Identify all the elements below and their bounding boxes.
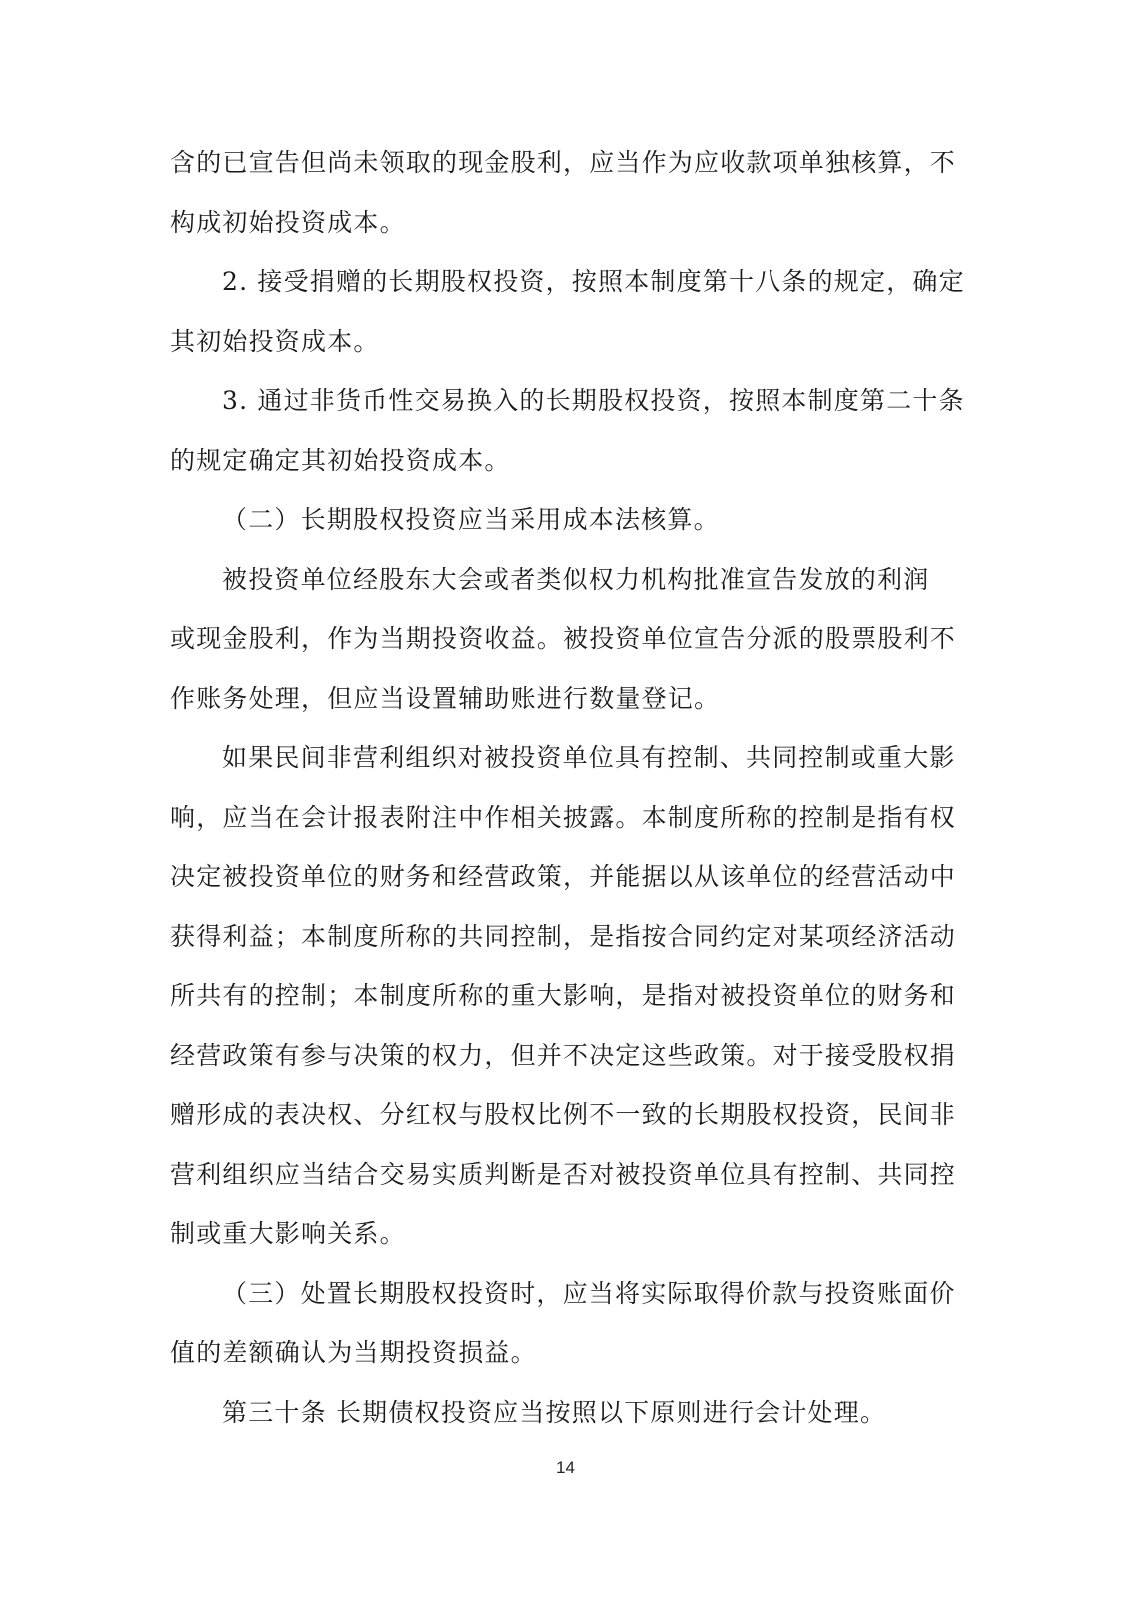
text-line: 被投资单位经股东大会或者类似权力机构批准宣告发放的利润 <box>170 550 960 610</box>
text-line: 制或重大影响关系。 <box>170 1204 960 1264</box>
article-heading: 第三十条 长期债权投资应当按照以下原则进行会计处理。 <box>170 1383 960 1443</box>
paragraph-article-30: 第三十条 长期债权投资应当按照以下原则进行会计处理。 <box>170 1383 960 1443</box>
text-line: 3. 通过非货币性交易换入的长期股权投资，按照本制度第二十条 <box>170 371 960 431</box>
text-line: 响，应当在会计报表附注中作相关披露。本制度所称的控制是指有权 <box>170 788 960 848</box>
text-line: 构成初始投资成本。 <box>170 193 960 253</box>
text-line: 或现金股利，作为当期投资收益。被投资单位宣告分派的股票股利不 <box>170 609 960 669</box>
page-number: 14 <box>0 1458 1131 1478</box>
section-heading: （三）处置长期股权投资时，应当将实际取得价款与投资账面价 <box>170 1264 960 1324</box>
document-page: 含的已宣告但尚未领取的现金股利，应当作为应收款项单独核算，不 构成初始投资成本。… <box>170 133 960 1442</box>
section-heading: （二）长期股权投资应当采用成本法核算。 <box>170 490 960 550</box>
paragraph-item-2: 2. 接受捐赠的长期股权投资，按照本制度第十八条的规定，确定 其初始投资成本。 <box>170 252 960 371</box>
text-line: 其初始投资成本。 <box>170 312 960 372</box>
paragraph-section-3: （三）处置长期股权投资时，应当将实际取得价款与投资账面价 值的差额确认为当期投资… <box>170 1264 960 1383</box>
text-line: 营利组织应当结合交易实质判断是否对被投资单位具有控制、共同控 <box>170 1145 960 1205</box>
text-line: 2. 接受捐赠的长期股权投资，按照本制度第十八条的规定，确定 <box>170 252 960 312</box>
text-line: 含的已宣告但尚未领取的现金股利，应当作为应收款项单独核算，不 <box>170 133 960 193</box>
paragraph-dividend-note: 含的已宣告但尚未领取的现金股利，应当作为应收款项单独核算，不 构成初始投资成本。 <box>170 133 960 252</box>
text-line: 所共有的控制；本制度所称的重大影响，是指对被投资单位的财务和 <box>170 966 960 1026</box>
paragraph-item-3: 3. 通过非货币性交易换入的长期股权投资，按照本制度第二十条 的规定确定其初始投… <box>170 371 960 490</box>
text-line: 获得利益；本制度所称的共同控制，是指按合同约定对某项经济活动 <box>170 907 960 967</box>
text-line: 经营政策有参与决策的权力，但并不决定这些政策。对于接受股权捐 <box>170 1026 960 1086</box>
paragraph-dividends: 被投资单位经股东大会或者类似权力机构批准宣告发放的利润 或现金股利，作为当期投资… <box>170 550 960 729</box>
text-line: 值的差额确认为当期投资损益。 <box>170 1323 960 1383</box>
text-line: 的规定确定其初始投资成本。 <box>170 431 960 491</box>
paragraph-control-definitions: 如果民间非营利组织对被投资单位具有控制、共同控制或重大影 响，应当在会计报表附注… <box>170 728 960 1264</box>
text-line: 如果民间非营利组织对被投资单位具有控制、共同控制或重大影 <box>170 728 960 788</box>
paragraph-section-2: （二）长期股权投资应当采用成本法核算。 <box>170 490 960 550</box>
text-line: 赠形成的表决权、分红权与股权比例不一致的长期股权投资，民间非 <box>170 1085 960 1145</box>
text-line: 作账务处理，但应当设置辅助账进行数量登记。 <box>170 669 960 729</box>
text-line: 决定被投资单位的财务和经营政策，并能据以从该单位的经营活动中 <box>170 847 960 907</box>
